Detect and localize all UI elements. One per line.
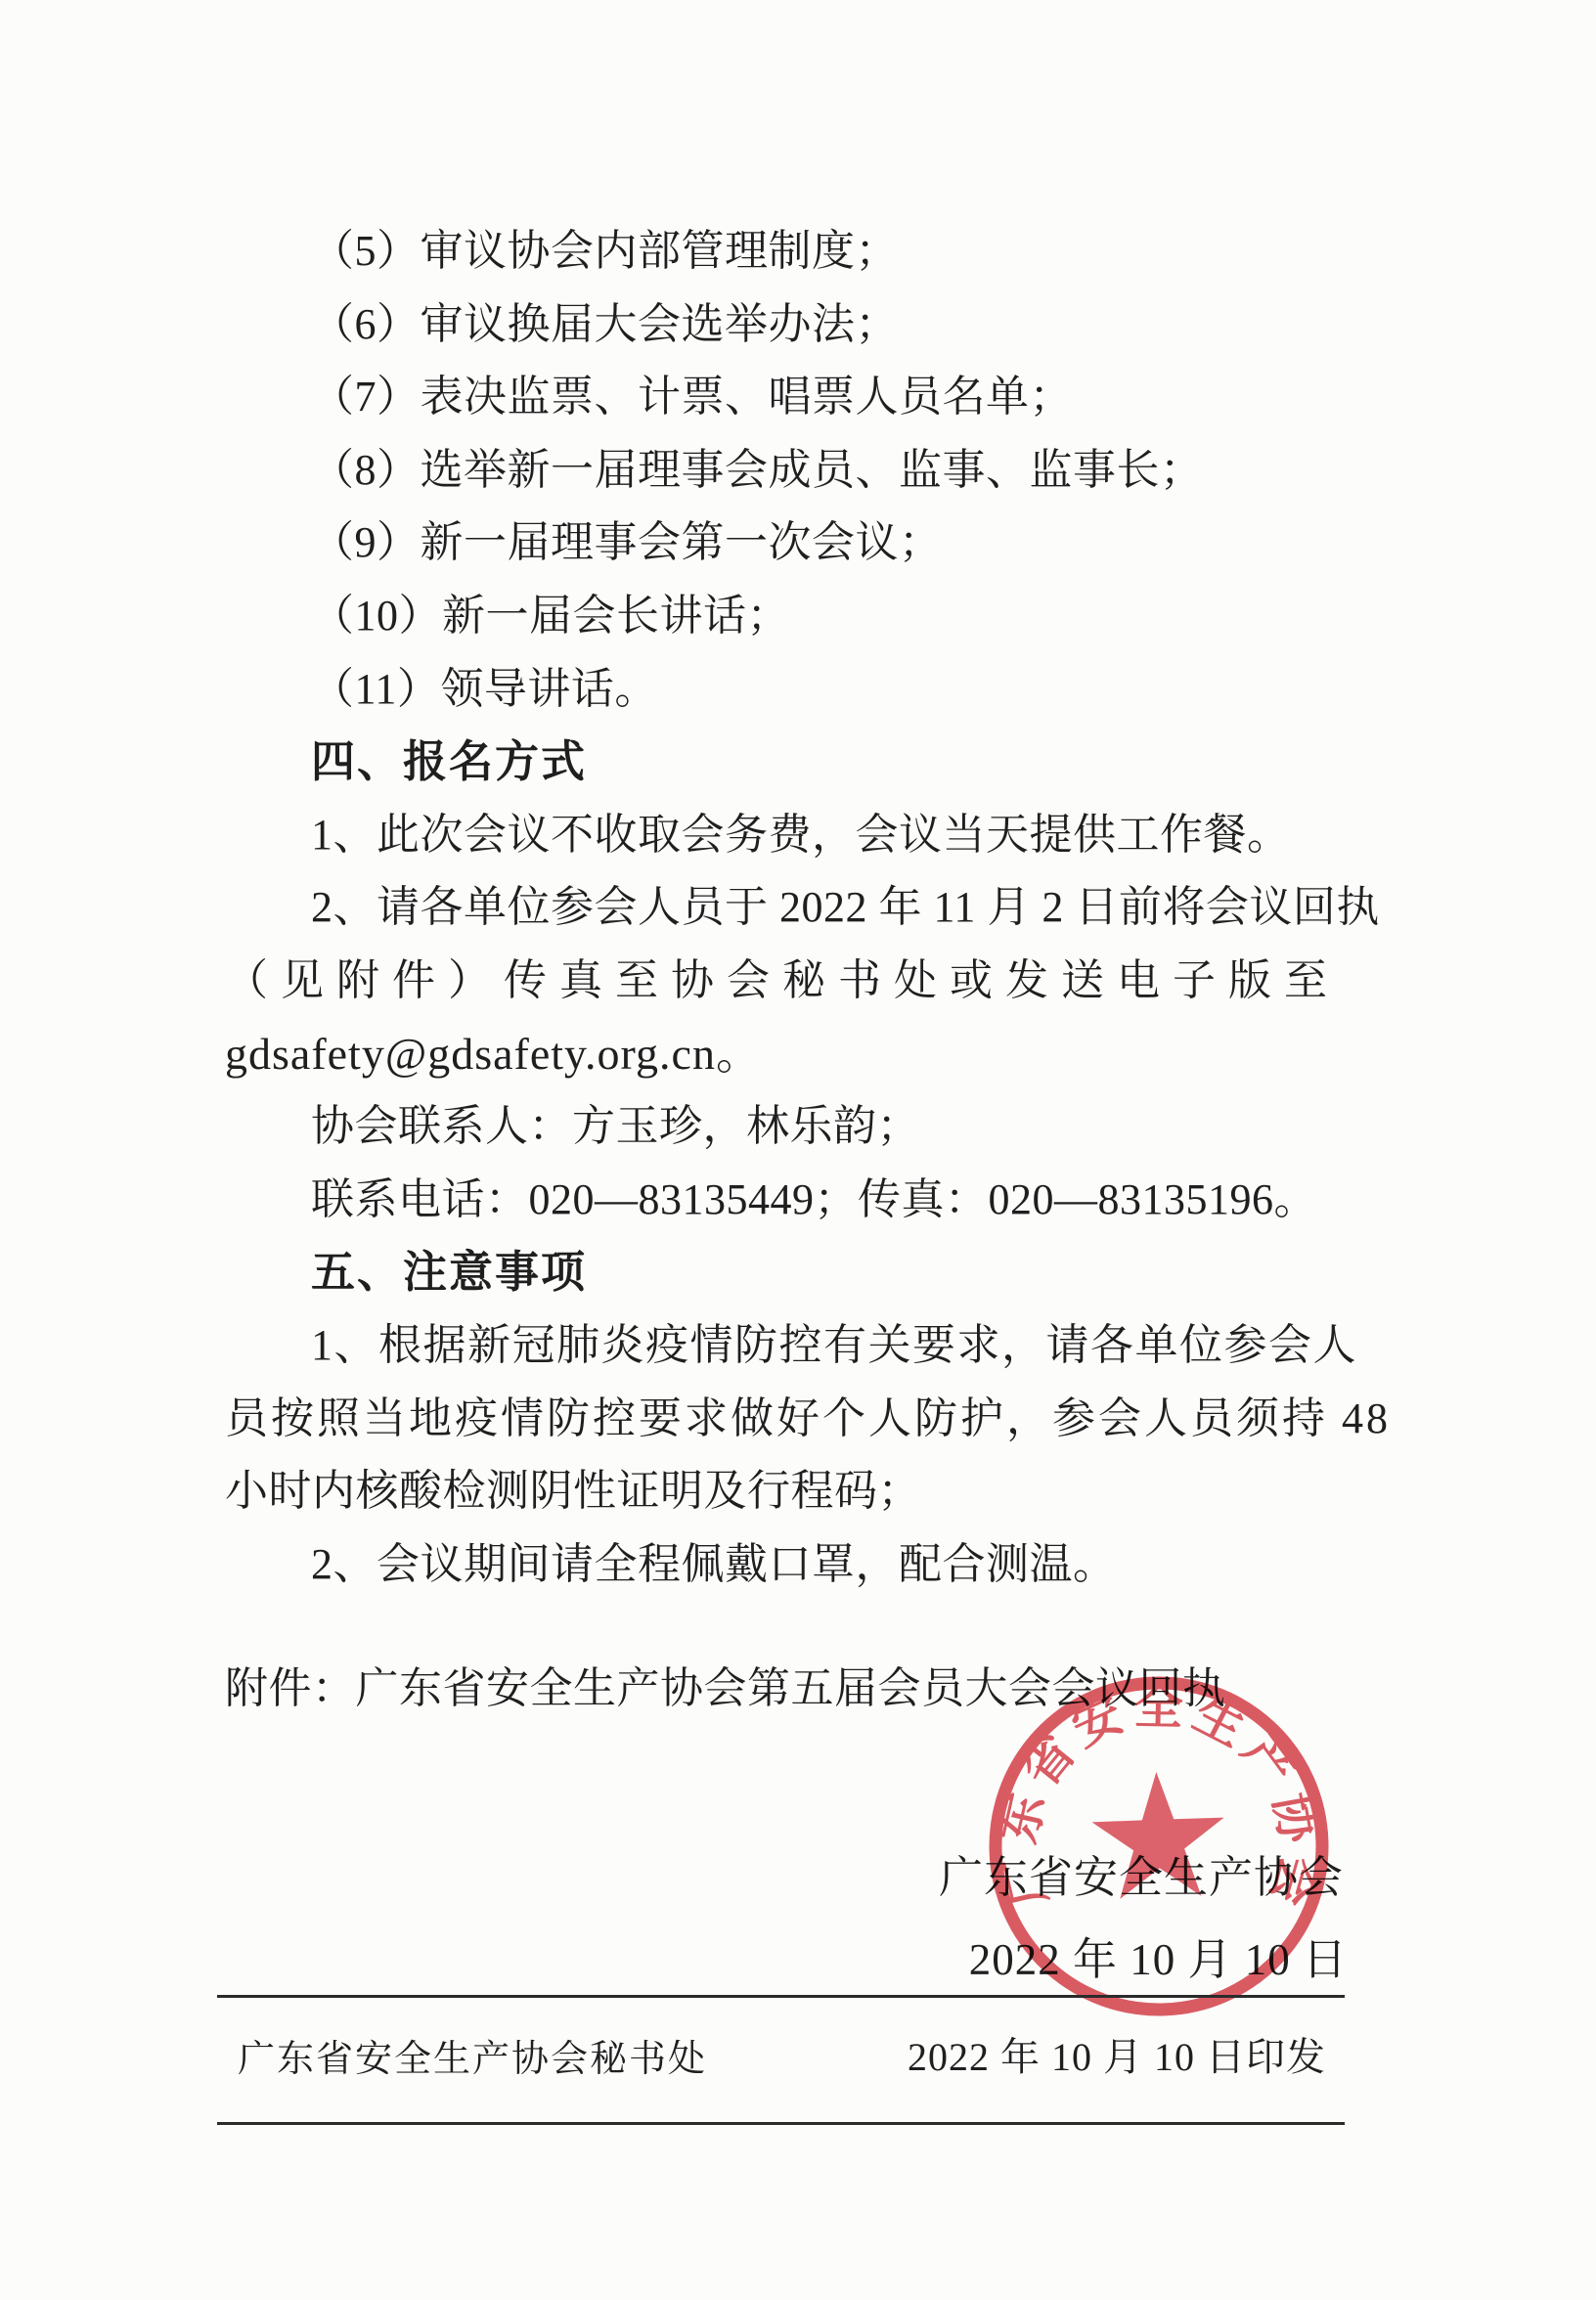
document-line: 2、请各单位参会人员于 2022 年 11 月 2 日前将会议回执 (225, 871, 1365, 945)
star-icon (1090, 1770, 1227, 1900)
document-line: （9）新一届理事会第一次会议； (225, 507, 1365, 580)
footer-divider-bottom (217, 2122, 1345, 2125)
document-line: （6）审议换届大会选举办法； (225, 288, 1365, 362)
document-line: 1、此次会议不收取会务费，会议当天提供工作餐。 (225, 799, 1365, 872)
contact-person-line: 协会联系人：方玉珍，林乐韵； (225, 1090, 1365, 1164)
document-line: 2、会议期间请全程佩戴口罩，配合测温。 (225, 1528, 1365, 1602)
document-line: （10）新一届会长讲话； (225, 580, 1365, 653)
document-line: （7）表决监票、计票、唱票人员名单； (225, 361, 1365, 434)
official-seal: 广东省安全生产协会 (977, 1664, 1341, 2028)
section-heading: 五、注意事项 (225, 1236, 1365, 1309)
section-heading: 四、报名方式 (225, 726, 1365, 799)
document-line: （8）选举新一届理事会成员、监事、监事长； (225, 434, 1365, 508)
document-line: 员按照当地疫情防控要求做好个人防护，参会人员须持 48 (225, 1383, 1365, 1456)
document-body: （5）审议协会内部管理制度； （6）审议换届大会选举办法； （7）表决监票、计票… (225, 215, 1365, 1601)
document-page: （5）审议协会内部管理制度； （6）审议换届大会选举办法； （7）表决监票、计票… (0, 0, 1596, 2300)
footer-divider-top (217, 1995, 1345, 1998)
document-line: 小时内核酸检测阴性证明及行程码； (225, 1455, 1365, 1528)
document-line: （见附件）传真至协会秘书处或发送电子版至 (225, 945, 1365, 1018)
footer-print-date: 2022 年 10 月 10 日印发 (908, 2034, 1326, 2081)
document-line: （5）审议协会内部管理制度； (225, 215, 1365, 288)
email-address: gdsafety@gdsafety.org.cn。 (225, 1018, 1365, 1091)
document-line: （11）领导讲话。 (225, 653, 1365, 727)
document-line: 1、根据新冠肺炎疫情防控有关要求，请各单位参会人 (225, 1309, 1365, 1383)
contact-phone-line: 联系电话：020—83135449；传真：020—83135196。 (225, 1164, 1365, 1237)
footer-issuer: 广东省安全生产协会秘书处 (238, 2036, 707, 2083)
